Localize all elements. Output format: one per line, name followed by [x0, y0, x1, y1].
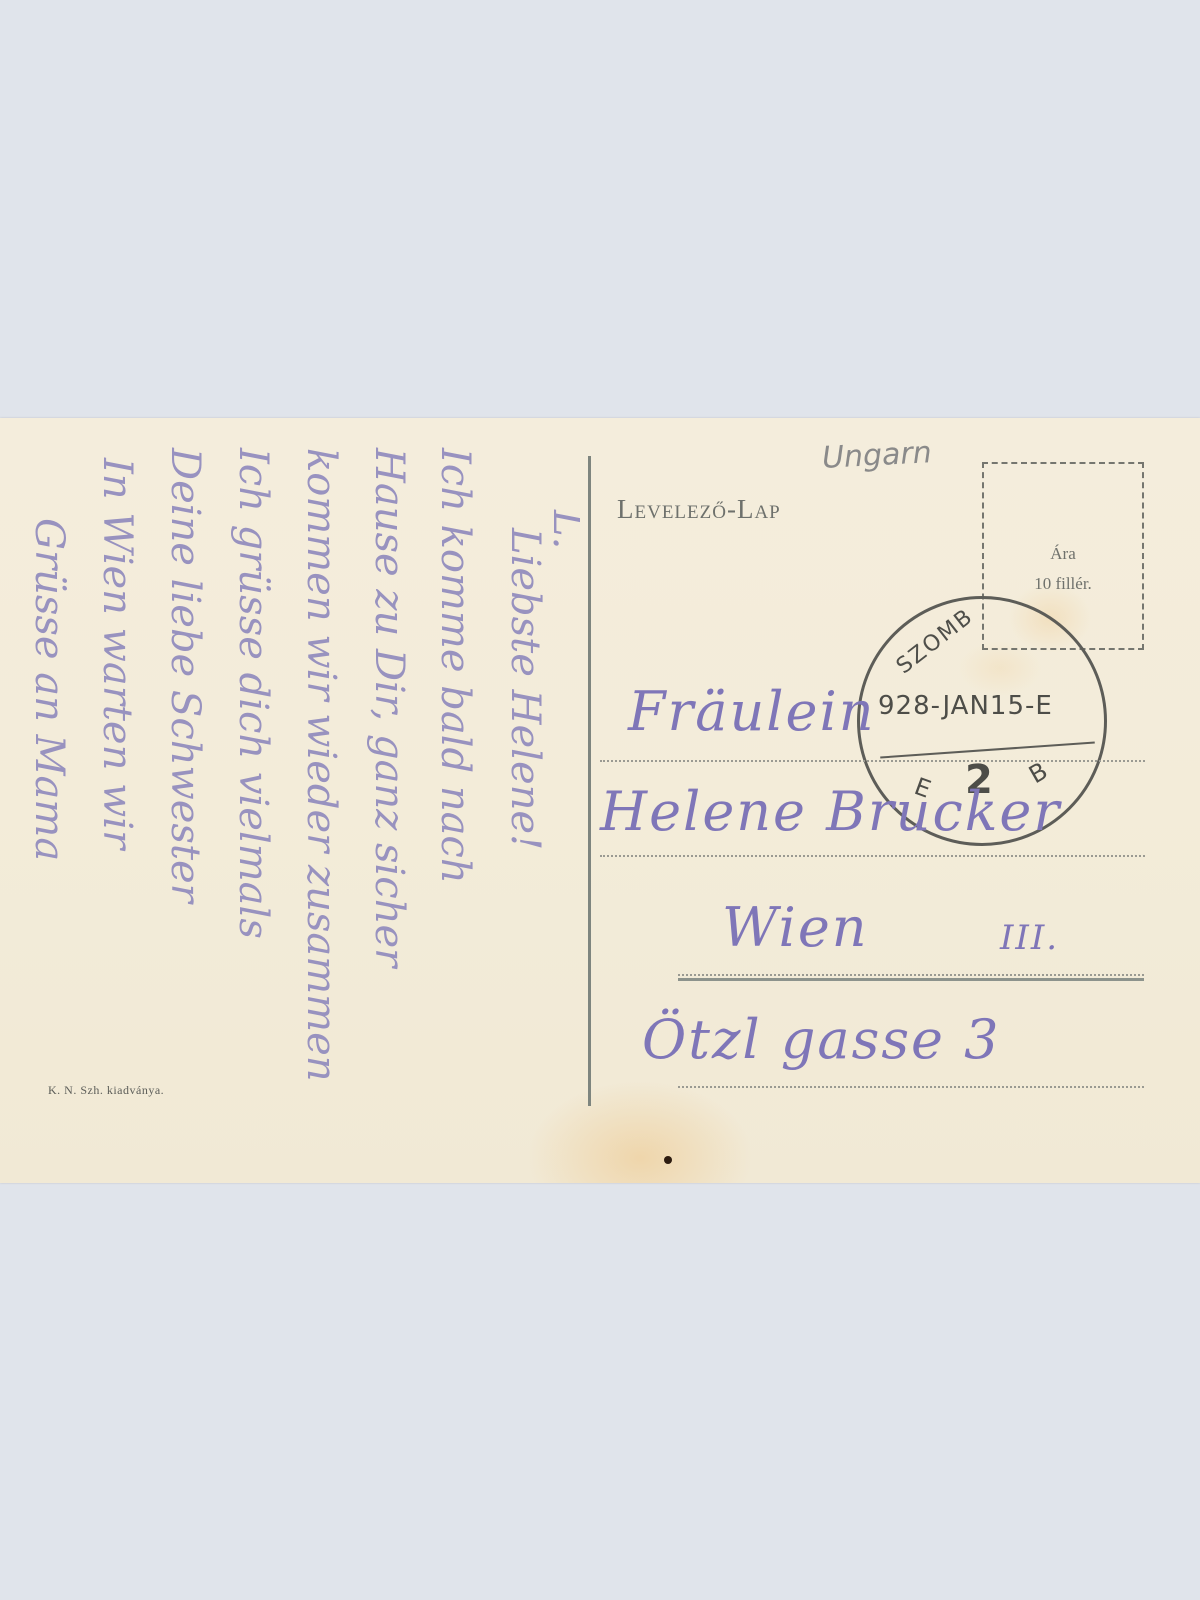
stain-spot	[664, 1156, 672, 1164]
address-line	[678, 974, 1144, 976]
pencil-note: Ungarn	[821, 435, 932, 476]
message-line: Ich komme bald nach	[432, 448, 478, 884]
postcard-title: Levelező-Lap	[617, 494, 781, 525]
center-divider	[588, 456, 591, 1106]
message-line: Ich grüsse dich vielmals	[230, 448, 276, 939]
postmark-town: SZOMB	[892, 604, 979, 679]
address-line	[600, 855, 1145, 857]
address-city: Wien	[722, 896, 869, 959]
handwritten-message: L. Liebste Helene! Ich komme bald nach H…	[0, 418, 580, 1183]
message-line: Hause zu Dir, ganz sicher	[366, 448, 412, 967]
address-line	[600, 760, 1145, 762]
postcard-back: L. Liebste Helene! Ich komme bald nach H…	[0, 418, 1200, 1183]
address-salutation: Fräulein	[628, 680, 876, 743]
message-line: L.	[544, 510, 580, 549]
message-line: kommen wir wieder zusammen	[298, 448, 344, 1082]
postmark-divider	[880, 742, 1095, 759]
address-line	[678, 1086, 1144, 1088]
message-line: In Wien warten wir	[94, 458, 140, 849]
message-line: Liebste Helene!	[502, 528, 548, 850]
address-street: Ötzl gasse 3	[642, 1008, 1001, 1071]
postmark-date: 928-JAN15-E	[878, 691, 1053, 721]
address-underline	[678, 978, 1144, 981]
publisher-imprint: K. N. Szh. kiadványa.	[48, 1083, 164, 1098]
message-line: Grüsse an Mama	[26, 518, 72, 861]
message-line: Deine liebe Schwester	[162, 448, 208, 903]
address-district: III.	[1000, 918, 1059, 958]
address-name: Helene Brucker	[600, 780, 1061, 843]
stamp-price-label: Ára	[984, 544, 1142, 564]
stamp-price-value: 10 fillér.	[984, 574, 1142, 594]
